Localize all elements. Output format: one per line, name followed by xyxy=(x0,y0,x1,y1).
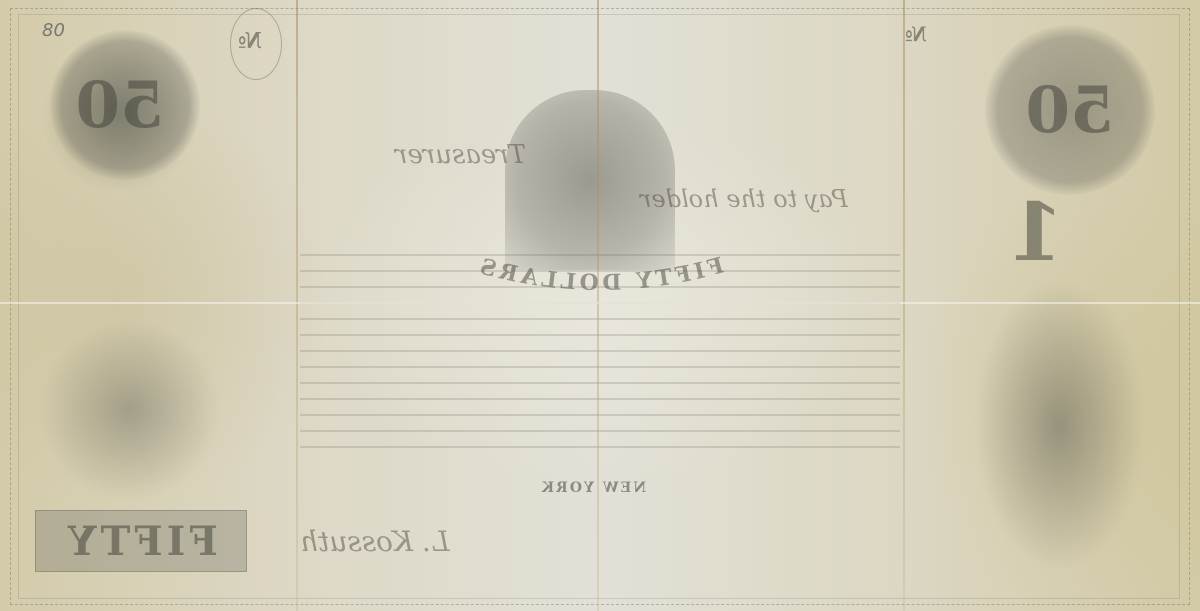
left-denomination: 50 xyxy=(60,55,180,155)
center-arc: FIFTY DOLLARS xyxy=(430,250,770,310)
right-figure xyxy=(975,280,1145,570)
place-text: NEW YORK xyxy=(540,480,646,496)
corner-stamp-left: № xyxy=(238,28,262,54)
script-line-1: Treasurer xyxy=(395,140,526,170)
pencil-number: 80 xyxy=(42,20,65,41)
right-denomination: 50 xyxy=(1010,60,1130,160)
signature: L. Kossuth xyxy=(300,525,449,558)
corner-stamp-right: № xyxy=(905,22,927,46)
fold-line-vertical-right xyxy=(903,0,905,611)
svg-text:FIFTY DOLLARS: FIFTY DOLLARS xyxy=(473,252,726,296)
side-numeral: 1 xyxy=(1008,185,1064,279)
center-vignette xyxy=(505,90,675,270)
left-figure xyxy=(40,320,220,500)
banknote-reverse: HUNGARIAN FUND FIFTY DOLLARS 50 50 1 FIF… xyxy=(0,0,1200,611)
script-line-2: Pay to the holder xyxy=(640,185,848,213)
fifty-panel: FIFTY xyxy=(35,510,247,572)
place-label: NEW YORK xyxy=(540,480,646,496)
fold-line-horizontal xyxy=(0,302,1200,304)
fifty-text: FIFTY xyxy=(64,518,218,565)
center-arc-text: FIFTY DOLLARS xyxy=(473,252,726,296)
fold-line-vertical-left xyxy=(296,0,298,611)
fold-line-vertical-center xyxy=(597,0,599,611)
